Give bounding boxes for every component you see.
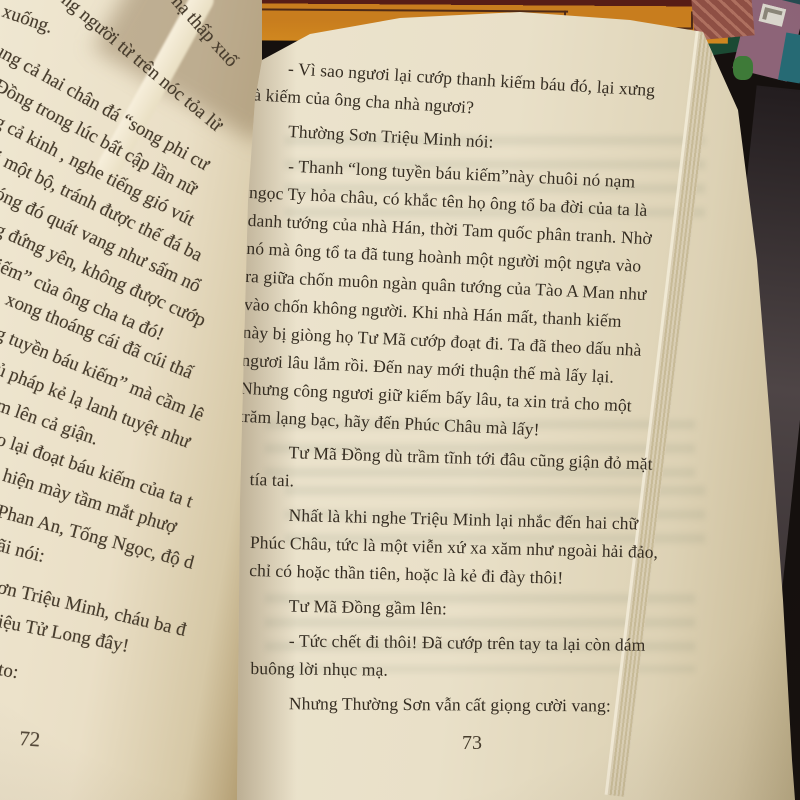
text-line-fragment: to: — [0, 660, 20, 682]
page-number-right: 73 — [447, 732, 497, 755]
paragraph: - Tức chết đi thôi! Đã cướp trên tay ta … — [250, 626, 713, 688]
right-page: - Vì sao ngươi lại cướp thanh kiếm báu đ… — [225, 8, 800, 800]
cover-trim-line — [250, 8, 568, 12]
text-line-fragment: xuống. — [0, 2, 55, 37]
left-page: hạ thấp xuố xuống. ng người từ trên nóc … — [0, 0, 262, 800]
background-object-green — [733, 56, 753, 80]
text-line-fragment: ãi nói: — [0, 536, 47, 566]
paragraph: Nhất là khi nghe Triệu Minh lại nhắc đến… — [249, 500, 713, 595]
paragraph: - Thanh “long tuyền báu kiếm”này chuôi n… — [238, 150, 712, 451]
paragraph: Nhưng Thường Sơn vẫn cất giọng cười vang… — [251, 689, 713, 720]
page-number-left: 72 — [19, 728, 41, 750]
paragraph: Tư Mã Đồng gầm lên: — [251, 591, 713, 627]
open-book-photo: hạ thấp xuố xuống. ng người từ trên nóc … — [0, 0, 800, 800]
book-spine-label — [759, 4, 787, 27]
page-text: - Vì sao ngươi lại cướp thanh kiếm báu đ… — [251, 52, 713, 724]
